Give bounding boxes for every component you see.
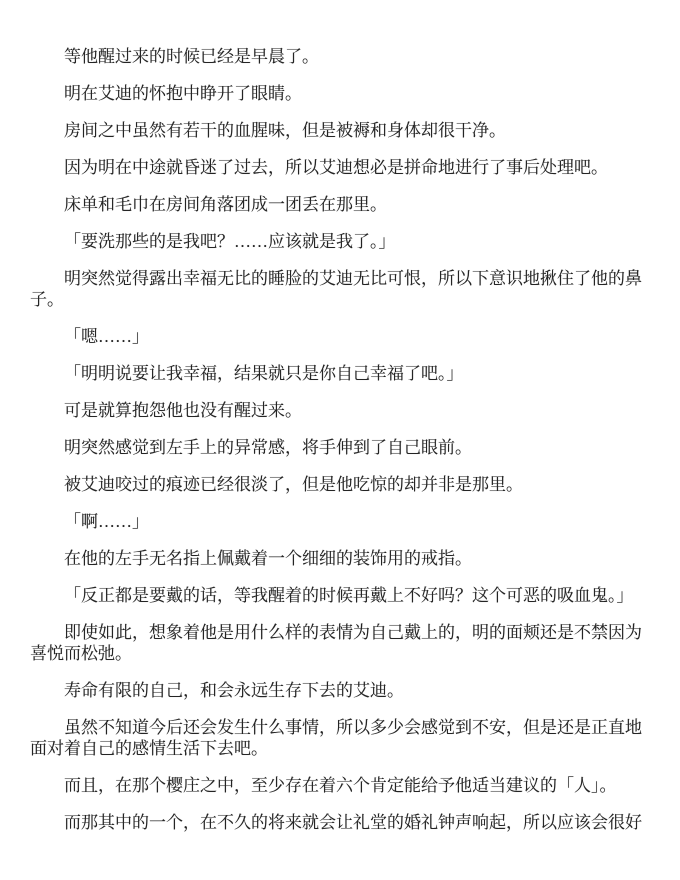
paragraph: 床单和毛巾在房间角落团成一团丢在那里。 (30, 194, 658, 215)
novel-text-block: 等他醒过来的时候已经是早晨了。明在艾迪的怀抱中睁开了眼睛。房间之中虽然有若干的血… (30, 46, 658, 849)
paragraph: 被艾迪咬过的痕迹已经很淡了，但是他吃惊的却并非是那里。 (30, 474, 658, 495)
paragraph: 因为明在中途就昏迷了过去，所以艾迪想必是拼命地进行了事后处理吧。 (30, 157, 658, 178)
paragraph: 「反正都是要戴的话，等我醒着的时候再戴上不好吗？这个可恶的吸血鬼。」 (30, 585, 658, 606)
paragraph: 而那其中的一个，在不久的将来就会让礼堂的婚礼钟声响起，所以应该会很好 (30, 812, 658, 833)
novel-page: 等他醒过来的时候已经是早晨了。明在艾迪的怀抱中睁开了眼睛。房间之中虽然有若干的血… (0, 0, 680, 880)
paragraph-line: 「明明说要让我幸福，结果就只是你自己幸福了吧。」 (30, 363, 658, 384)
paragraph: 即使如此，想象着他是用什么样的表情为自己戴上的，明的面颊还是不禁因为喜悦而松弛。 (30, 622, 658, 664)
paragraph-line: 明突然感觉到左手上的异常感，将手伸到了自己眼前。 (30, 437, 658, 458)
paragraph-line: 子。 (30, 289, 658, 310)
paragraph-line: 而且，在那个樱庄之中，至少存在着六个肯定能给予他适当建议的「人」。 (30, 775, 658, 796)
paragraph-line: 「嗯……」 (30, 326, 658, 347)
paragraph-line: 「啊……」 (30, 511, 658, 532)
paragraph-line: 寿命有限的自己，和会永远生存下去的艾迪。 (30, 680, 658, 701)
paragraph-line: 即使如此，想象着他是用什么样的表情为自己戴上的，明的面颊还是不禁因为 (30, 622, 658, 643)
paragraph: 明突然觉得露出幸福无比的睡脸的艾迪无比可恨，所以下意识地揪住了他的鼻子。 (30, 268, 658, 310)
paragraph-line: 床单和毛巾在房间角落团成一团丢在那里。 (30, 194, 658, 215)
paragraph: 等他醒过来的时候已经是早晨了。 (30, 46, 658, 67)
paragraph: 明突然感觉到左手上的异常感，将手伸到了自己眼前。 (30, 437, 658, 458)
paragraph-line: 「反正都是要戴的话，等我醒着的时候再戴上不好吗？这个可恶的吸血鬼。」 (30, 585, 658, 606)
paragraph: 在他的左手无名指上佩戴着一个细细的装饰用的戒指。 (30, 548, 658, 569)
paragraph-line: 面对着自己的感情生活下去吧。 (30, 738, 658, 759)
paragraph-line: 房间之中虽然有若干的血腥味，但是被褥和身体却很干净。 (30, 120, 658, 141)
paragraph-line: 因为明在中途就昏迷了过去，所以艾迪想必是拼命地进行了事后处理吧。 (30, 157, 658, 178)
paragraph: 「明明说要让我幸福，结果就只是你自己幸福了吧。」 (30, 363, 658, 384)
paragraph: 房间之中虽然有若干的血腥味，但是被褥和身体却很干净。 (30, 120, 658, 141)
paragraph-line: 虽然不知道今后还会发生什么事情，所以多少会感觉到不安，但是还是正直地 (30, 717, 658, 738)
paragraph: 可是就算抱怨他也没有醒过来。 (30, 400, 658, 421)
paragraph: 「嗯……」 (30, 326, 658, 347)
paragraph: 「要洗那些的是我吧？……应该就是我了。」 (30, 231, 658, 252)
paragraph: 虽然不知道今后还会发生什么事情，所以多少会感觉到不安，但是还是正直地面对着自己的… (30, 717, 658, 759)
paragraph-line: 喜悦而松弛。 (30, 643, 658, 664)
paragraph: 「啊……」 (30, 511, 658, 532)
paragraph-line: 可是就算抱怨他也没有醒过来。 (30, 400, 658, 421)
paragraph: 明在艾迪的怀抱中睁开了眼睛。 (30, 83, 658, 104)
paragraph-line: 明突然觉得露出幸福无比的睡脸的艾迪无比可恨，所以下意识地揪住了他的鼻 (30, 268, 658, 289)
paragraph-line: 被艾迪咬过的痕迹已经很淡了，但是他吃惊的却并非是那里。 (30, 474, 658, 495)
paragraph-line: 明在艾迪的怀抱中睁开了眼睛。 (30, 83, 658, 104)
paragraph: 寿命有限的自己，和会永远生存下去的艾迪。 (30, 680, 658, 701)
paragraph-line: 等他醒过来的时候已经是早晨了。 (30, 46, 658, 67)
paragraph-line: 「要洗那些的是我吧？……应该就是我了。」 (30, 231, 658, 252)
paragraph-line: 而那其中的一个，在不久的将来就会让礼堂的婚礼钟声响起，所以应该会很好 (30, 812, 658, 833)
paragraph-line: 在他的左手无名指上佩戴着一个细细的装饰用的戒指。 (30, 548, 658, 569)
paragraph: 而且，在那个樱庄之中，至少存在着六个肯定能给予他适当建议的「人」。 (30, 775, 658, 796)
